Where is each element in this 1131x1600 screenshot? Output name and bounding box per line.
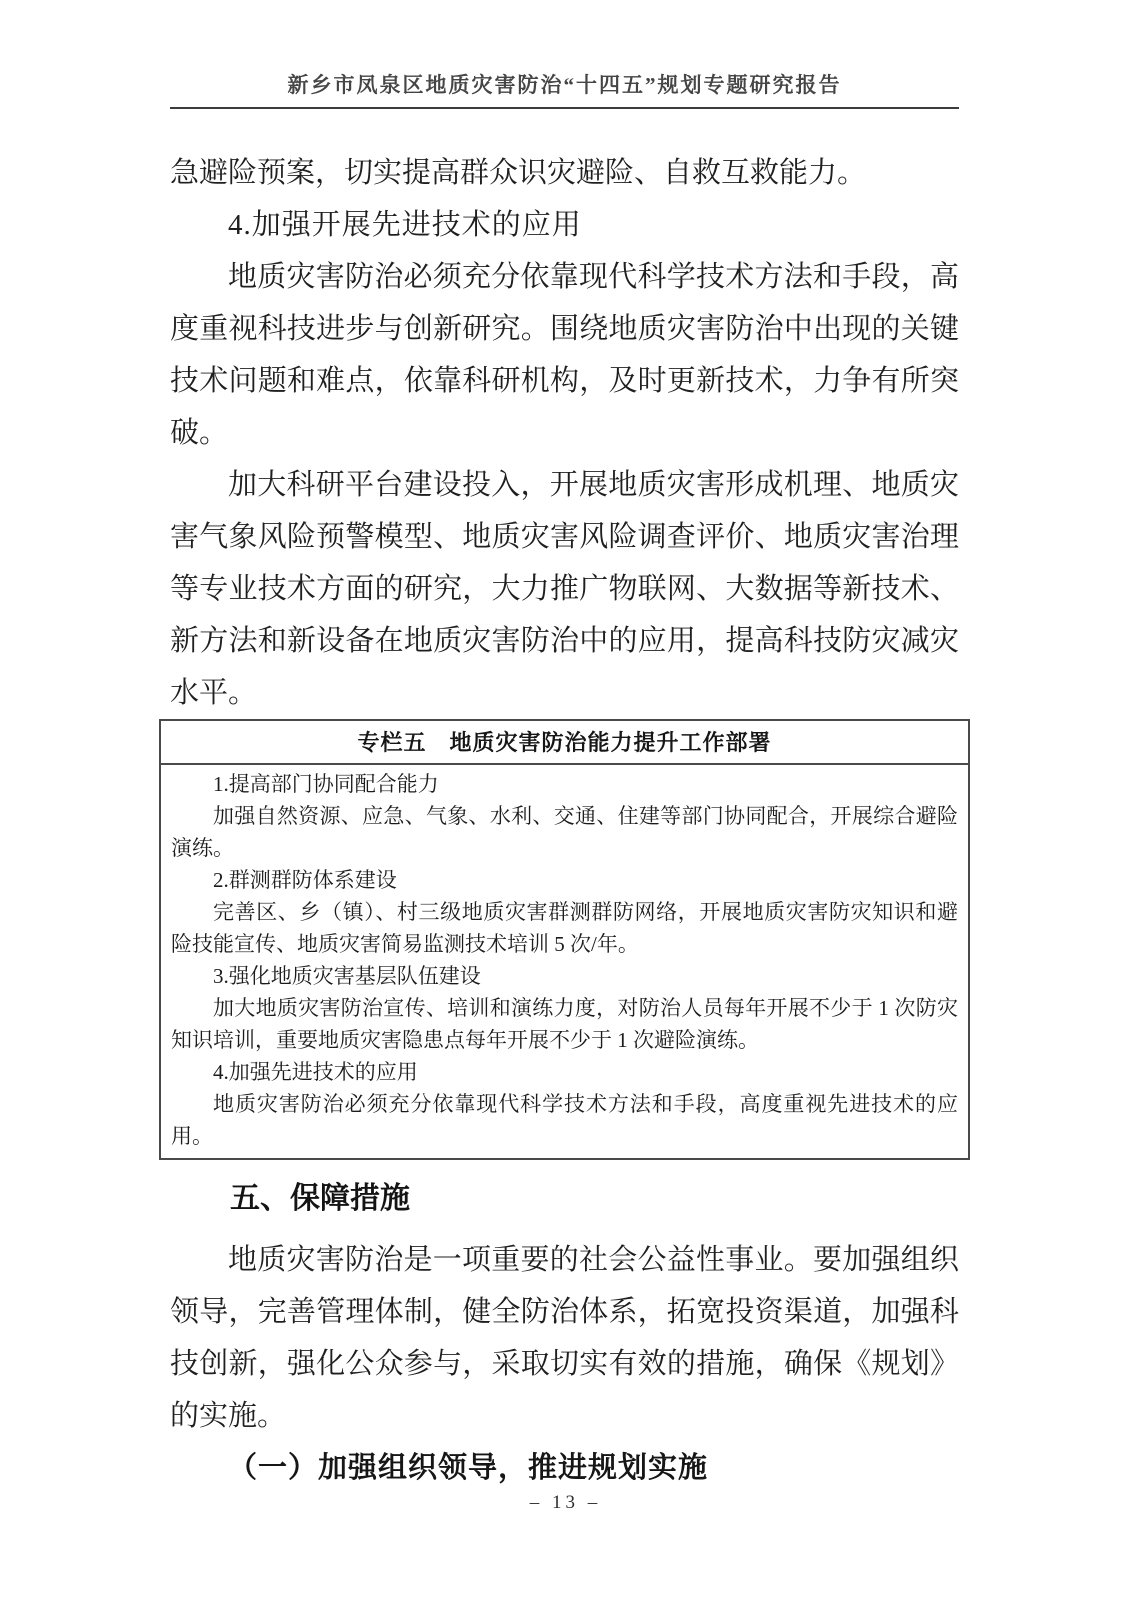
column-box-title: 专栏五 地质灾害防治能力提升工作部署 [161,721,968,765]
paragraph-tech-reliance: 地质灾害防治必须充分依靠现代科学技术方法和手段，高度重视科技进步与创新研究。围绕… [170,251,959,459]
document-page: 新乡市凤泉区地质灾害防治“十四五”规划专题研究报告 急避险预案，切实提高群众识灾… [0,0,1131,1600]
paragraph-research-platform: 加大科研平台建设投入，开展地质灾害形成机理、地质灾害气象风险预警模型、地质灾害风… [170,459,959,719]
page-number: – 13 – [0,1492,1131,1514]
running-header-title: 新乡市凤泉区地质灾害防治“十四五”规划专题研究报告 [170,70,959,100]
page-header: 新乡市凤泉区地质灾害防治“十四五”规划专题研究报告 [170,70,959,109]
sub-section-heading-organization: （一）加强组织领导，推进规划实施 [170,1442,959,1494]
box-item-3-heading: 3.强化地质灾害基层队伍建设 [171,960,958,992]
column-box-body: 1.提高部门协同配合能力 加强自然资源、应急、气象、水利、交通、住建等部门协同配… [161,765,968,1158]
box-item-3-text: 加大地质灾害防治宣传、培训和演练力度，对防治人员每年开展不少于 1 次防灾知识培… [171,992,958,1056]
paragraph-safeguards-intro: 地质灾害防治是一项重要的社会公益性事业。要加强组织领导，完善管理体制，健全防治体… [170,1234,959,1442]
box-item-2-text: 完善区、乡（镇）、村三级地质灾害群测群防网络，开展地质灾害防灾知识和避险技能宣传… [171,896,958,960]
box-item-1-text: 加强自然资源、应急、气象、水利、交通、住建等部门协同配合，开展综合避险演练。 [171,800,958,864]
box-item-2-heading: 2.群测群防体系建设 [171,864,958,896]
column-five-box: 专栏五 地质灾害防治能力提升工作部署 1.提高部门协同配合能力 加强自然资源、应… [159,719,970,1160]
paragraph-continuation: 急避险预案，切实提高群众识灾避险、自救互救能力。 [170,147,959,199]
document-body: 急避险预案，切实提高群众识灾避险、自救互救能力。 4.加强开展先进技术的应用 地… [170,147,959,1494]
box-item-1-heading: 1.提高部门协同配合能力 [171,768,958,800]
section-heading-safeguards: 五、保障措施 [170,1174,959,1224]
box-item-4-text: 地质灾害防治必须充分依靠现代科学技术方法和手段，高度重视先进技术的应用。 [171,1088,958,1152]
box-item-4-heading: 4.加强先进技术的应用 [171,1056,958,1088]
sub-heading-advanced-technology: 4.加强开展先进技术的应用 [170,199,959,251]
